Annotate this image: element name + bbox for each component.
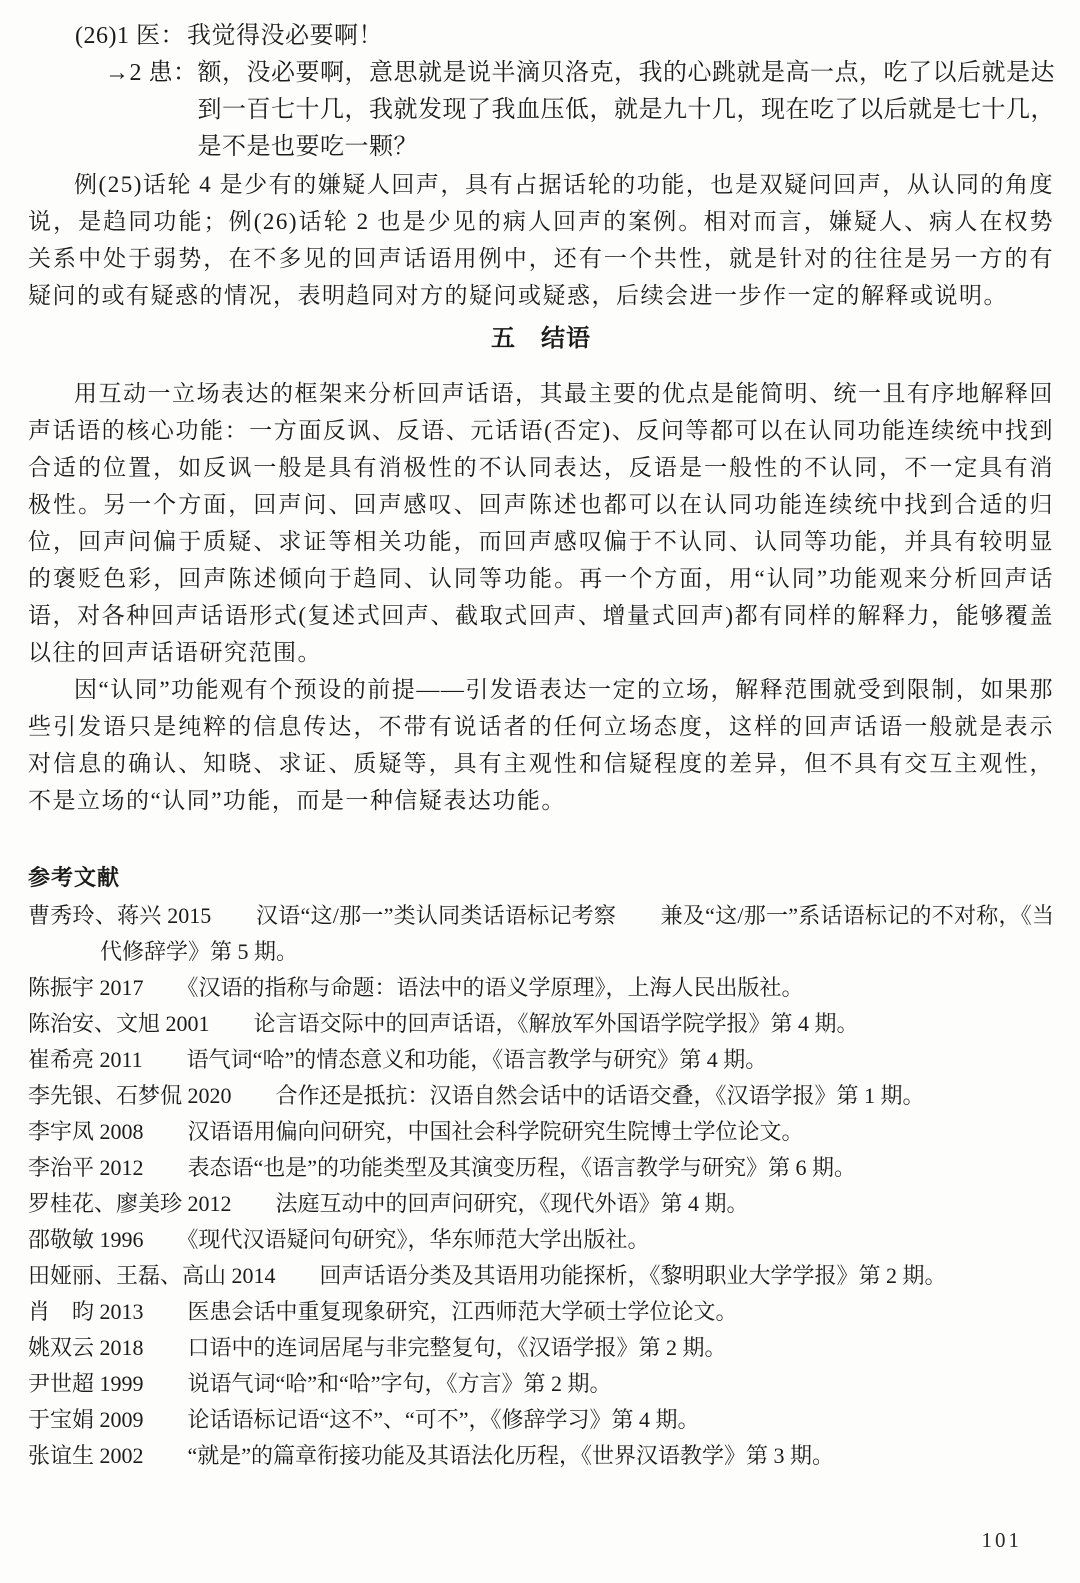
- conclusion-paragraph: 用互动一立场表达的框架来分析回声话语，其最主要的优点是能简明、统一且有序地解释回…: [28, 375, 1054, 671]
- reference-item: 邵敬敏 1996 《现代汉语疑问句研究》，华东师范大学出版社。: [28, 1222, 1054, 1258]
- section-heading-conclusion: 五 结语: [28, 318, 1054, 353]
- page-number: 101: [982, 1528, 1023, 1553]
- turn-body: 我觉得没必要啊！: [187, 18, 1054, 55]
- reference-item: 曹秀玲、蒋兴 2015 汉语“这/那一”类认同类话语标记考察 兼及“这/那一”系…: [28, 898, 1054, 970]
- turn-line: 额，没必要啊，意思就是说半滴贝洛克，我的心跳就是高一点，吃了以后就是达: [198, 55, 1055, 92]
- speaker-label: (26)1 医：: [75, 18, 185, 55]
- turn-line: 我觉得没必要啊！: [187, 18, 1054, 55]
- speaker-label-text: 2 患：: [130, 60, 198, 86]
- reference-item: 田娅丽、王磊、高山 2014 回声话语分类及其语用功能探析，《黎明职业大学学报》…: [28, 1258, 1054, 1294]
- reference-item: 李治平 2012 表态语“也是”的功能类型及其演变历程，《语言教学与研究》第 6…: [28, 1150, 1054, 1186]
- reference-item: 姚双云 2018 口语中的连词居尾与非完整复句，《汉语学报》第 2 期。: [28, 1330, 1054, 1366]
- turn-body: 额，没必要啊，意思就是说半滴贝洛克，我的心跳就是高一点，吃了以后就是达 到一百七…: [198, 55, 1055, 166]
- references-list: 曹秀玲、蒋兴 2015 汉语“这/那一”类认同类话语标记考察 兼及“这/那一”系…: [28, 898, 1054, 1474]
- arrow-marker: →: [105, 60, 130, 86]
- reference-item: 张谊生 2002 “就是”的篇章衔接功能及其语法化历程，《世界汉语教学》第 3 …: [28, 1438, 1054, 1474]
- reference-item: 陈治安、文旭 2001 论言语交际中的回声话语，《解放军外国语学院学报》第 4 …: [28, 1006, 1054, 1042]
- dialogue-turn: →2 患： 额，没必要啊，意思就是说半滴贝洛克，我的心跳就是高一点，吃了以后就是…: [105, 55, 1054, 166]
- reference-item: 陈振宇 2017 《汉语的指称与命题：语法中的语义学原理》，上海人民出版社。: [28, 970, 1054, 1006]
- turn-line: 到一百七十几，我就发现了我血压低，就是九十几，现在吃了以后就是七十几，: [198, 92, 1055, 129]
- reference-item: 于宝娟 2009 论话语标记语“这不”、“可不”，《修辞学习》第 4 期。: [28, 1402, 1054, 1438]
- speaker-label: →2 患：: [105, 55, 198, 92]
- reference-item: 尹世超 1999 说语气词“哈”和“哈”字句，《方言》第 2 期。: [28, 1366, 1054, 1402]
- reference-item: 罗桂花、廖美珍 2012 法庭互动中的回声问研究，《现代外语》第 4 期。: [28, 1186, 1054, 1222]
- document-page: (26)1 医： 我觉得没必要啊！ →2 患： 额，没必要啊，意思就是说半滴贝洛…: [0, 0, 1080, 1583]
- reference-item: 肖 昀 2013 医患会话中重复现象研究，江西师范大学硕士学位论文。: [28, 1294, 1054, 1330]
- turn-line: 是不是也要吃一颗？: [198, 129, 1055, 166]
- conclusion-paragraph: 因“认同”功能观有个预设的前提——引发语表达一定的立场，解释范围就受到限制，如果…: [28, 671, 1054, 819]
- reference-item: 李宇凤 2008 汉语语用偏向问研究，中国社会科学院研究生院博士学位论文。: [28, 1114, 1054, 1150]
- dialogue-example: (26)1 医： 我觉得没必要啊！ →2 患： 额，没必要啊，意思就是说半滴贝洛…: [28, 18, 1054, 166]
- dialogue-turn: (26)1 医： 我觉得没必要啊！: [75, 18, 1054, 55]
- reference-item: 崔希亮 2011 语气词“哈”的情态意义和功能，《语言教学与研究》第 4 期。: [28, 1042, 1054, 1078]
- reference-item: 李先银、石梦侃 2020 合作还是抵抗：汉语自然会话中的话语交叠，《汉语学报》第…: [28, 1078, 1054, 1114]
- page-content: (26)1 医： 我觉得没必要啊！ →2 患： 额，没必要啊，意思就是说半滴贝洛…: [0, 0, 1080, 1474]
- references-heading: 参考文献: [28, 861, 1054, 892]
- body-paragraph: 例(25)话轮 4 是少有的嫌疑人回声，具有占据话轮的功能，也是双疑问回声，从认…: [28, 166, 1054, 314]
